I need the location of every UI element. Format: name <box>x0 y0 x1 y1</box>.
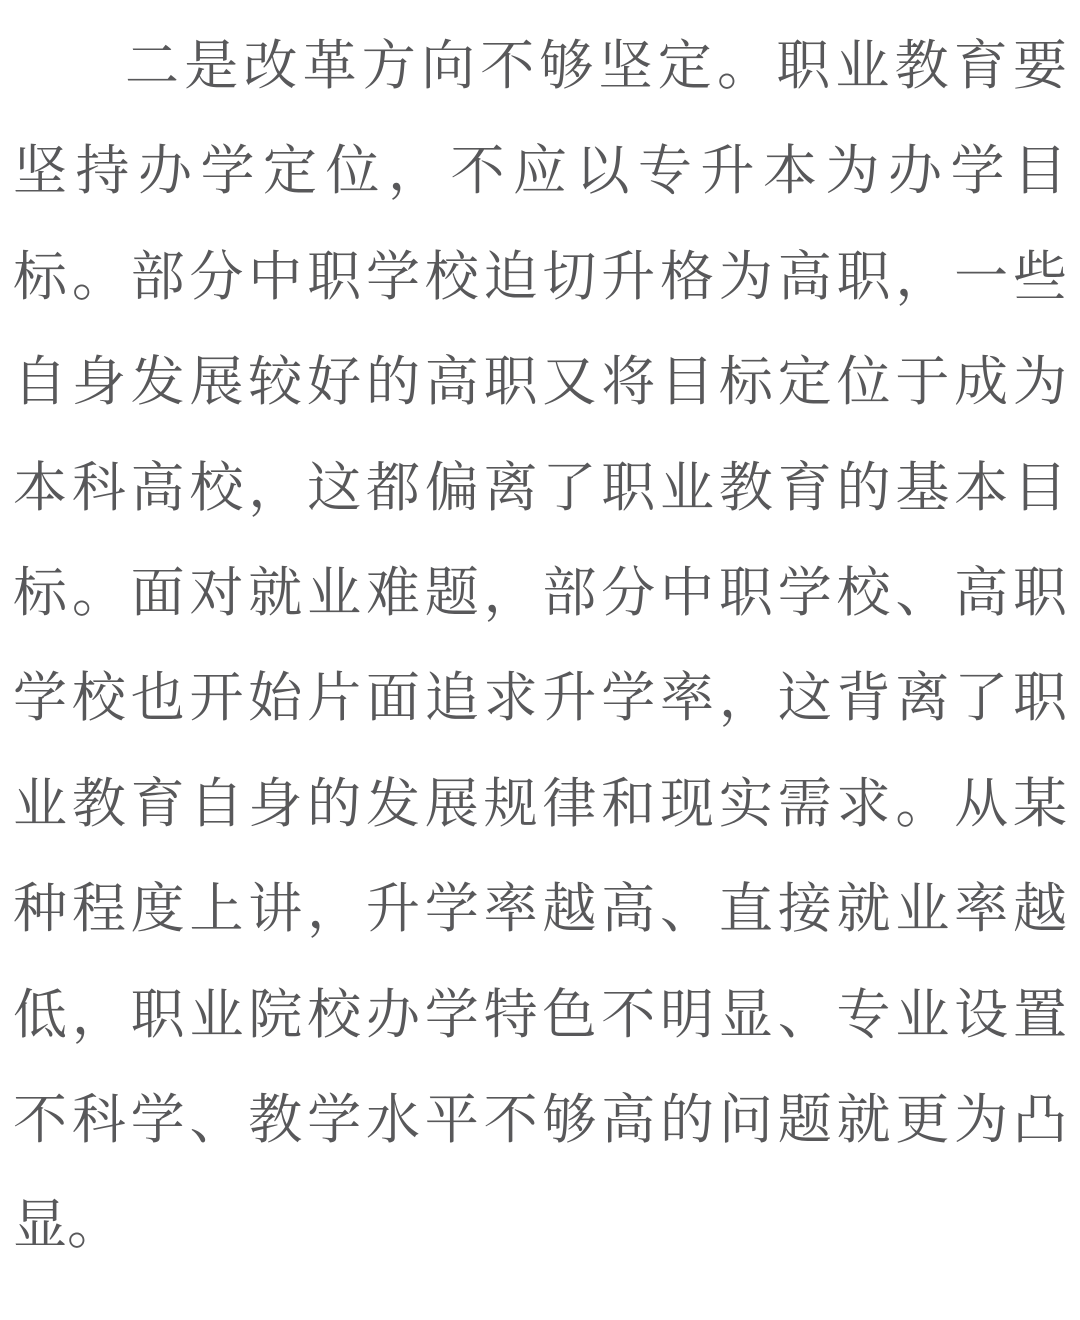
text-line: 标。部分中职学校迫切升格为高职，一些 <box>13 225 1067 330</box>
text-line: 学校也开始片面追求升学率，这背离了职 <box>13 646 1067 751</box>
reading-page: 二是改革方向不够坚定。职业教育要 坚持办学定位，不应以专升本为办学目 标。部分中… <box>0 0 1080 1320</box>
text-line: 自身发展较好的高职又将目标定位于成为 <box>13 330 1067 435</box>
text-line: 不科学、教学水平不够高的问题就更为凸 <box>13 1068 1067 1173</box>
text-line: 坚持办学定位，不应以专升本为办学目 <box>13 119 1067 224</box>
text-line: 业教育自身的发展规律和现实需求。从某 <box>13 752 1067 857</box>
text-line: 二是改革方向不够坚定。职业教育要 <box>13 14 1067 119</box>
text-line: 标。面对就业难题，部分中职学校、高职 <box>13 541 1067 646</box>
text-line: 显。 <box>13 1173 1067 1278</box>
text-line: 低，职业院校办学特色不明显、专业设置 <box>13 963 1067 1068</box>
text-line: 本科高校，这都偏离了职业教育的基本目 <box>13 436 1067 541</box>
text-line: 种程度上讲，升学率越高、直接就业率越 <box>13 857 1067 962</box>
